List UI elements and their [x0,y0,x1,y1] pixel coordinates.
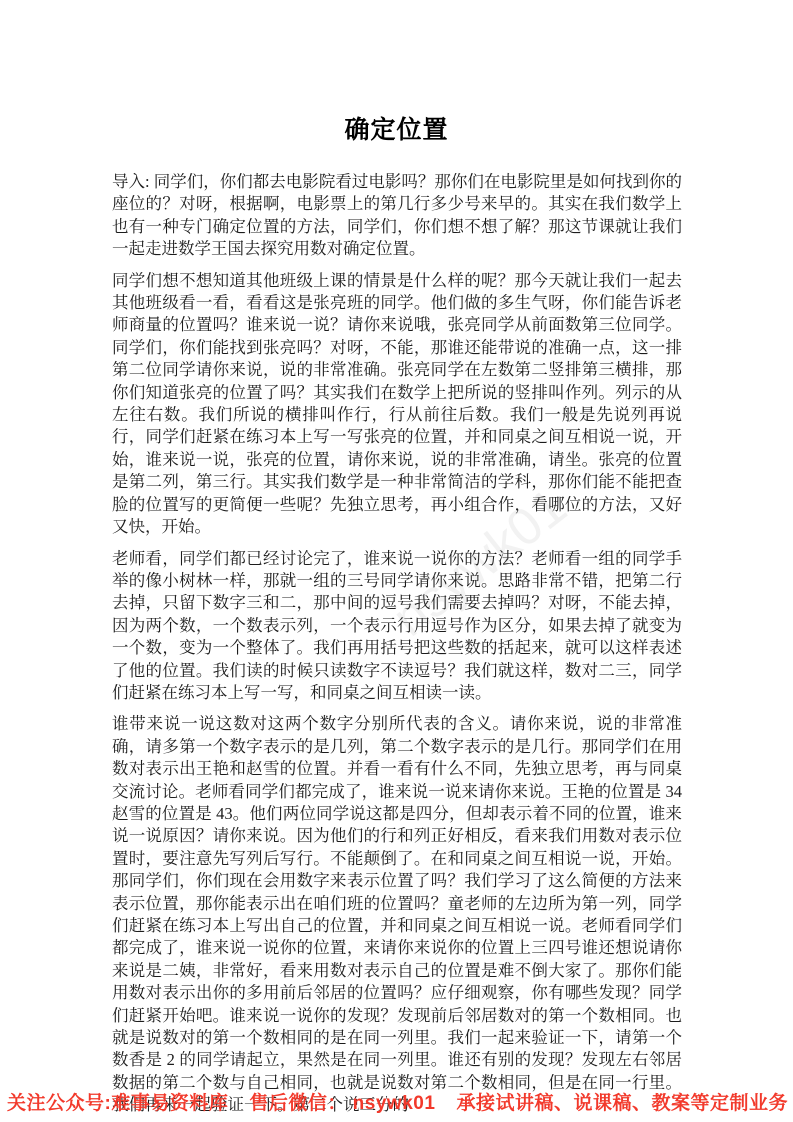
footer-banner: 关注公众号:难事易资料库 售后微信： nsywk01 承接试讲稿、说课稿、教案等… [7,1088,788,1115]
paragraph-practice-verification: 谁带来说一说这数对这两个数字分别所代表的含义。请你来说，说的非常准确，请多第一个… [112,713,682,1116]
page-title: 确定位置 [0,110,793,146]
paragraph-row-column-lesson: 同学们想不想知道其他班级上课的情景是什么样的呢？那今天就让我们一起去其他班级看一… [112,270,682,539]
document-body: 导入: 同学们，你们都去电影院看过电影吗？那你们在电影院里是如何找到你的座位的？… [112,171,682,1117]
footer-wechat-id: 售后微信： nsywk01 [249,1088,435,1115]
paragraph-intro: 导入: 同学们，你们都去电影院看过电影吗？那你们在电影院里是如何找到你的座位的？… [112,171,682,261]
document-page: 确定位置 导入: 同学们，你们都去电影院看过电影吗？那你们在电影院里是如何找到你… [0,0,793,1122]
footer-follow-account: 关注公众号:难事易资料库 [7,1088,228,1115]
footer-services: 承接试讲稿、说课稿、教案等定制业务 [456,1088,788,1115]
paragraph-number-pair-notation: 老师看，同学们都已经讨论完了，谁来说一说你的方法？老师看一组的同学手举的像小树林… [112,548,682,705]
